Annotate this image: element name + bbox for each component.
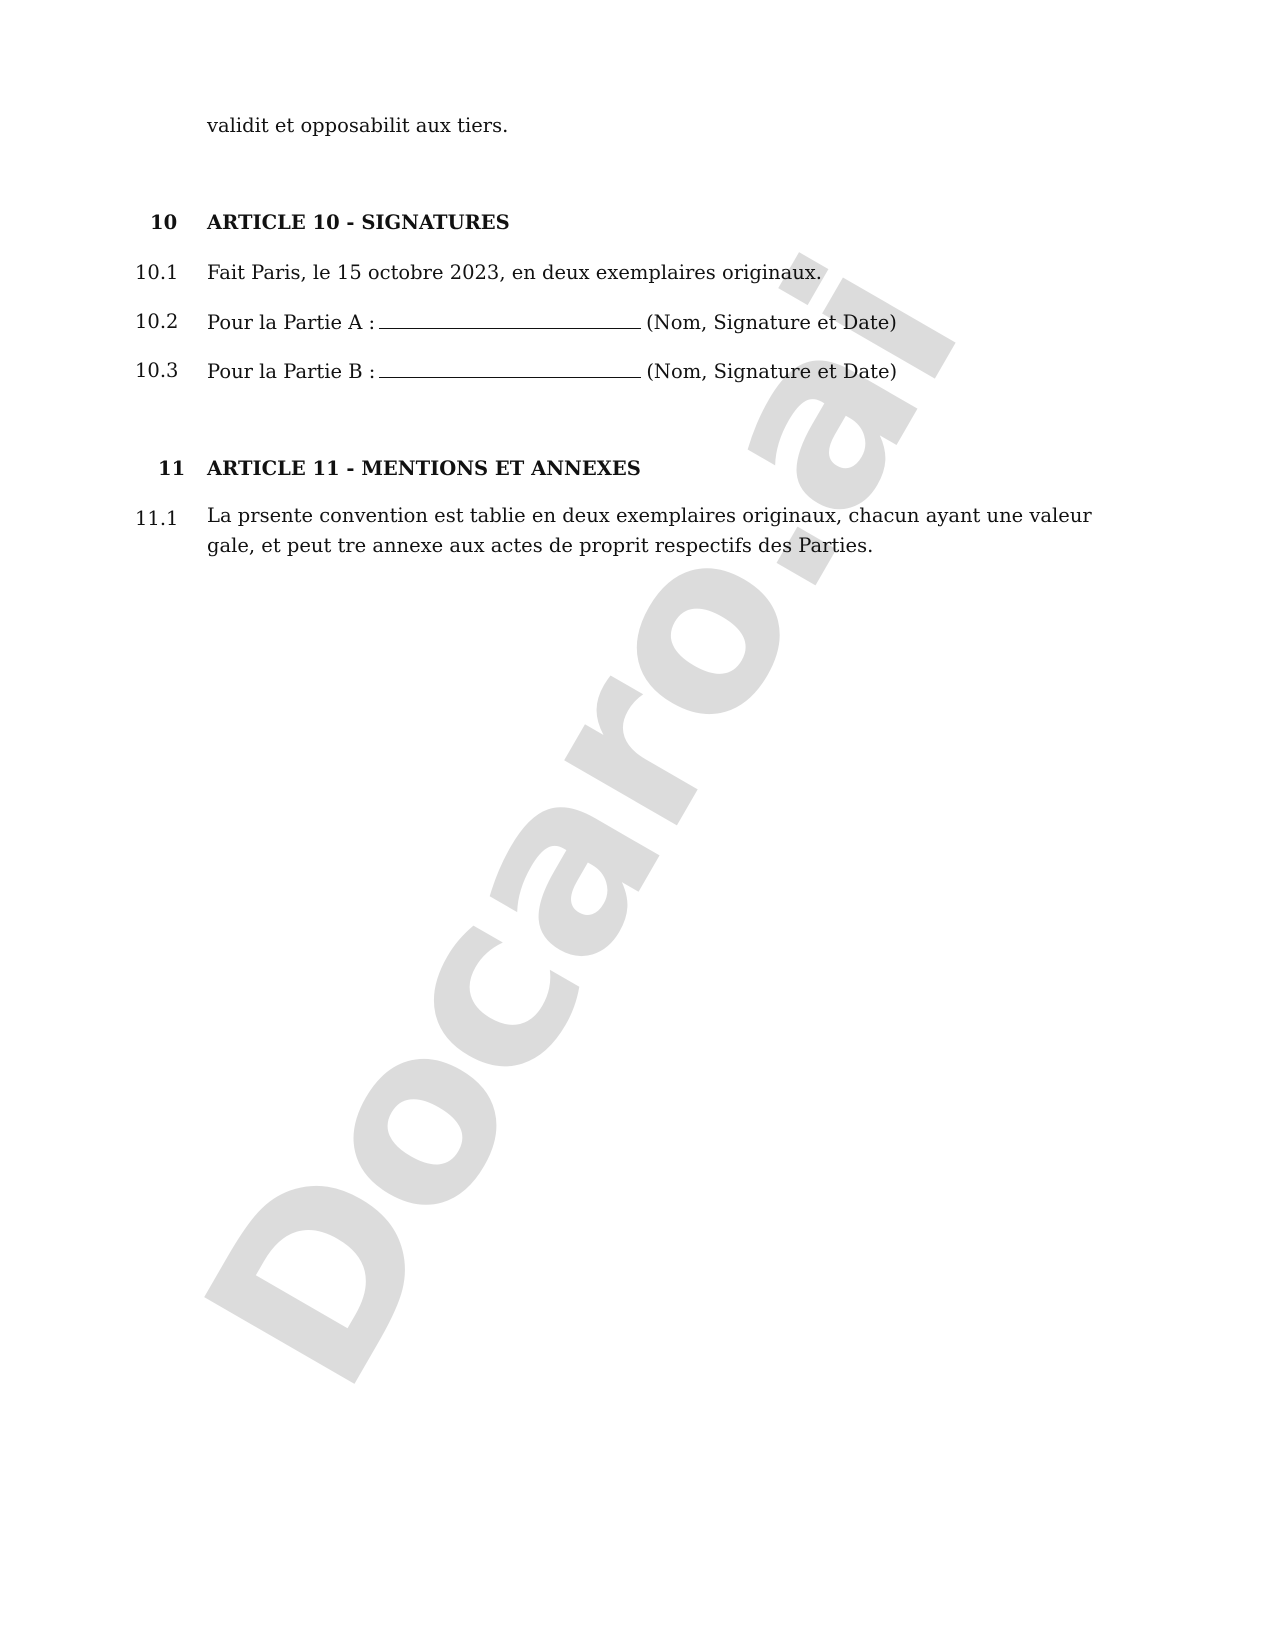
article-number: 10: [150, 211, 200, 234]
signature-field-party-b[interactable]: [379, 359, 641, 378]
signature-line-party-b: Pour la Partie B :(Nom, Signature et Dat…: [207, 359, 897, 383]
article-title: ARTICLE 10 - SIGNATURES: [207, 211, 510, 234]
clause-number: 10.2: [135, 310, 185, 333]
article-title: ARTICLE 11 - MENTIONS ET ANNEXES: [207, 457, 641, 480]
document-page: validit et opposabilit aux tiers. 10 ART…: [0, 0, 1275, 1650]
clause-text: La prsente convention est tablie en deux…: [207, 501, 1137, 561]
signature-label: Pour la Partie B :: [207, 360, 375, 383]
signature-hint: (Nom, Signature et Date): [646, 311, 897, 334]
signature-line-party-a: Pour la Partie A :(Nom, Signature et Dat…: [207, 310, 897, 334]
clause-number: 10.3: [135, 359, 185, 382]
continuation-text: validit et opposabilit aux tiers.: [207, 114, 508, 137]
clause-text: Fait Paris, le 15 octobre 2023, en deux …: [207, 261, 822, 284]
signature-hint: (Nom, Signature et Date): [646, 360, 897, 383]
clause-number: 11.1: [135, 507, 185, 530]
clause-number: 10.1: [135, 261, 185, 284]
signature-label: Pour la Partie A :: [207, 311, 375, 334]
signature-field-party-a[interactable]: [379, 310, 641, 329]
article-number: 11: [158, 457, 208, 480]
